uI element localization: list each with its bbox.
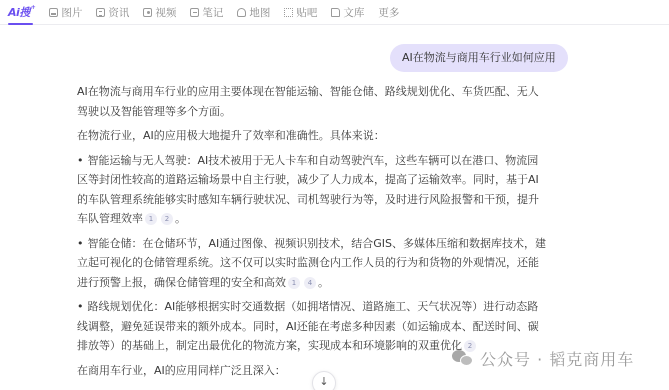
citation-badge[interactable]: 2 [161,213,173,225]
tab-label: 视频 [155,5,176,20]
bullet-icon: • [77,237,84,250]
watermark-text: 公众号 · 韬克商用车 [480,347,634,370]
tab-label: 更多 [378,5,399,20]
tab-label: 笔记 [202,5,223,20]
tieba-icon [284,8,293,17]
tab-label: 图片 [61,5,82,20]
video-icon [143,8,152,17]
tab-more[interactable]: 更多 [378,0,399,25]
tab-images[interactable]: 图片 [49,0,82,25]
map-icon [237,8,246,17]
bullet-end: 。 [318,276,329,289]
ai-search-logo: Ai搜+ [8,4,35,20]
note-icon [190,8,199,17]
bullet-end: 。 [175,212,186,225]
tab-videos[interactable]: 视频 [143,0,176,25]
citation-badge[interactable]: 1 [288,277,300,289]
image-icon [49,8,58,17]
user-question-bubble: AI在物流与商用车行业如何应用 [390,44,568,72]
tab-label: 贴吧 [296,5,317,20]
tab-label: 资讯 [108,5,129,20]
tab-news[interactable]: 资讯 [96,0,129,25]
list-item: •智能运输与无人驾驶：AI技术被用于无人卡车和自动驾驶汽车，这些车辆可以在港口、… [77,151,547,229]
top-navigation: Ai搜+ 图片 资讯 视频 笔记 地图 贴吧 文库 更多 [0,0,669,25]
citation-badge[interactable]: 4 [304,277,316,289]
tab-label: 文库 [343,5,364,20]
library-icon [331,8,340,17]
news-icon [96,8,105,17]
tab-library[interactable]: 文库 [331,0,364,25]
ai-answer: AI在物流与商用车行业的应用主要体现在智能运输、智能仓储、路线规划优化、车货匹配… [77,82,547,385]
tab-label: 地图 [249,5,270,20]
arrow-down-icon: ↓ [319,375,328,388]
tab-ai-search[interactable]: Ai搜+ [8,0,35,25]
scroll-down-button[interactable]: ↓ [312,371,336,390]
citation-badge[interactable]: 1 [145,213,157,225]
watermark: 公众号 · 韬克商用车 [452,347,634,370]
wechat-icon [452,350,474,368]
list-item: •智能仓储：在仓储环节，AI通过图像、视频识别技术，结合GIS、多媒体压缩和数据… [77,234,547,293]
logistics-lead: 在物流行业，AI的应用极大地提升了效率和准确性。具体来说： [77,126,547,146]
bullet-icon: • [77,154,84,167]
answer-intro: AI在物流与商用车行业的应用主要体现在智能运输、智能仓储、路线规划优化、车货匹配… [77,82,547,121]
bullet-icon: • [77,300,84,313]
tab-notes[interactable]: 笔记 [190,0,223,25]
tab-tieba[interactable]: 贴吧 [284,0,317,25]
tab-maps[interactable]: 地图 [237,0,270,25]
